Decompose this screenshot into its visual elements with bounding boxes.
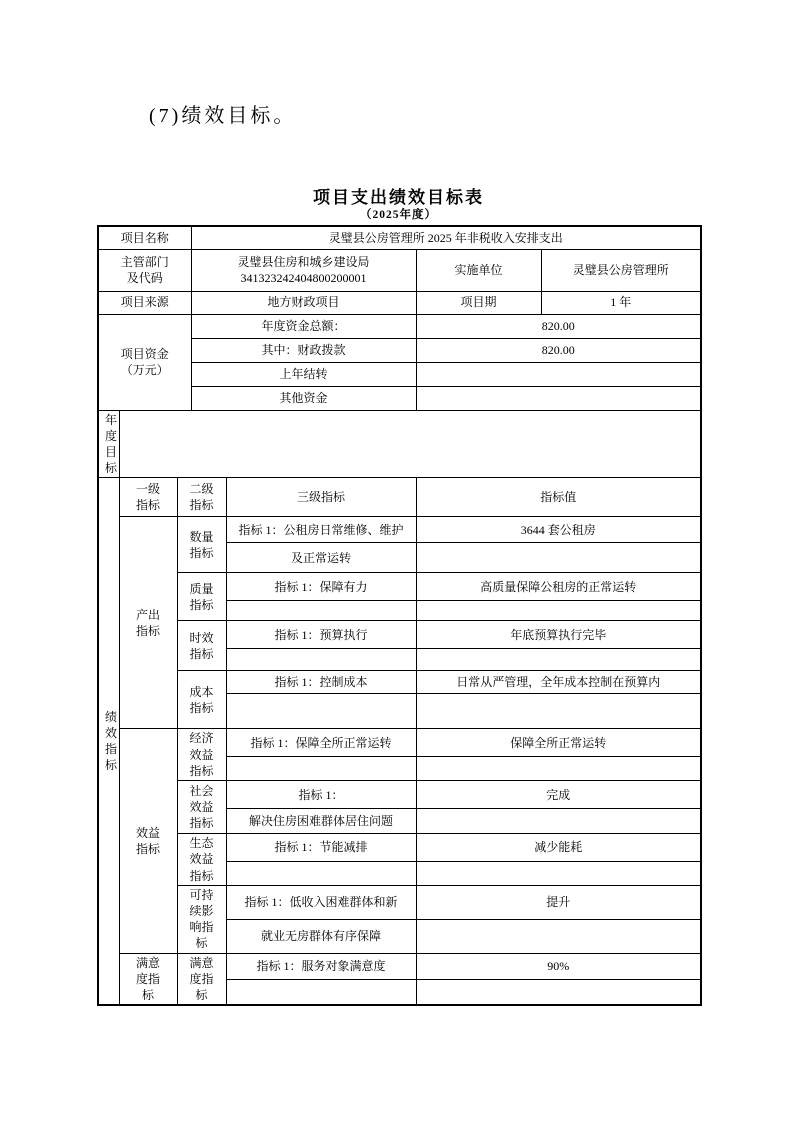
indicator-value-cell [416, 861, 701, 885]
l3-indicator-cell [226, 757, 416, 781]
header-level2: 二级 指标 [177, 478, 226, 517]
level1-benefit: 效益 指标 [119, 729, 177, 953]
l3-indicator-cell: 解决住房困难群体居住问题 [226, 809, 416, 834]
indicator-value-cell: 年底预算执行完毕 [416, 621, 701, 649]
l3-indicator-cell: 及正常运转 [226, 543, 416, 573]
l3-indicator-cell: 指标 1：保障有力 [226, 573, 416, 601]
level2-quality: 质量 指标 [177, 573, 226, 621]
document-page: (7)绩效目标。 项目支出绩效目标表 （2025年度） 项目名称 灵璧县公房管理… [0, 0, 793, 1122]
indicator-value-cell [416, 809, 701, 834]
project-name-value: 灵璧县公房管理所 2025 年非税收入安排支出 [191, 226, 701, 249]
dept-code-label: 主管部门 及代码 [98, 249, 191, 291]
level2-cost: 成本 指标 [177, 671, 226, 729]
funds-fiscal-label: 其中：财政拨款 [191, 338, 416, 362]
l3-indicator-cell: 指标 1：预算执行 [226, 621, 416, 649]
impl-unit-label: 实施单位 [416, 249, 541, 291]
indicator-value-cell [416, 920, 701, 953]
period-value: 1 年 [541, 291, 701, 314]
source-label: 项目来源 [98, 291, 191, 314]
period-label: 项目期 [416, 291, 541, 314]
level2-quantity: 数量 指标 [177, 517, 226, 573]
project-name-label: 项目名称 [98, 226, 191, 249]
funds-carryover-value [416, 362, 701, 386]
indicator-value-cell: 提升 [416, 885, 701, 919]
indicator-value-cell: 减少能耗 [416, 834, 701, 861]
l3-indicator-cell [226, 861, 416, 885]
level2-social: 社会 效益 指标 [177, 781, 226, 834]
funds-fiscal-value: 820.00 [416, 338, 701, 362]
l3-indicator-cell [226, 601, 416, 621]
performance-side-label: 绩 效 指 标 [98, 478, 119, 1005]
source-value: 地方财政项目 [191, 291, 416, 314]
table-title: 项目支出绩效目标表 [97, 183, 700, 208]
funds-total-label: 年度资金总额： [191, 314, 416, 338]
l3-indicator-cell: 指标 1：公租房日常维修、维护 [226, 517, 416, 543]
l3-indicator-cell: 指标 1：控制成本 [226, 671, 416, 694]
header-value: 指标值 [416, 478, 701, 517]
funds-total-value: 820.00 [416, 314, 701, 338]
indicator-value-cell [416, 649, 701, 671]
level2-ecological: 生态 效益 指标 [177, 834, 226, 886]
level2-satisfaction: 满意 度指 标 [177, 953, 226, 1005]
l3-indicator-cell [226, 649, 416, 671]
indicator-value-cell [416, 757, 701, 781]
level2-timeliness: 时效 指标 [177, 621, 226, 671]
level2-economic: 经济 效益 指标 [177, 729, 226, 781]
indicator-value-cell: 高质量保障公租房的正常运转 [416, 573, 701, 601]
l3-indicator-cell [226, 980, 416, 1005]
l3-indicator-cell: 指标 1： [226, 781, 416, 809]
funds-other-value [416, 386, 701, 410]
indicator-value-cell [416, 601, 701, 621]
indicator-value-cell: 保障全所正常运转 [416, 729, 701, 757]
indicator-value-cell: 日常从严管理，全年成本控制在预算内 [416, 671, 701, 694]
l3-indicator-cell [226, 694, 416, 729]
l3-indicator-cell: 指标 1：低收入困难群体和新 [226, 885, 416, 919]
impl-unit-value: 灵璧县公房管理所 [541, 249, 701, 291]
indicator-value-cell [416, 543, 701, 573]
l3-indicator-cell: 指标 1：保障全所正常运转 [226, 729, 416, 757]
l3-indicator-cell: 指标 1：服务对象满意度 [226, 953, 416, 980]
section-heading: (7)绩效目标。 [149, 99, 296, 128]
indicator-value-cell: 90% [416, 953, 701, 980]
level1-output: 产出 指标 [119, 517, 177, 729]
dept-code-value: 灵璧县住房和城乡建设局 341323242404800200001 [191, 249, 416, 291]
l3-indicator-cell: 指标 1：节能减排 [226, 834, 416, 861]
l3-indicator-cell: 就业无房群体有序保障 [226, 920, 416, 953]
indicator-value-cell: 3644 套公租房 [416, 517, 701, 543]
level1-satisfaction: 满意 度指 标 [119, 953, 177, 1005]
indicator-value-cell [416, 694, 701, 729]
indicator-value-cell: 完成 [416, 781, 701, 809]
header-level3: 三级指标 [226, 478, 416, 517]
performance-target-table: 项目名称 灵璧县公房管理所 2025 年非税收入安排支出 主管部门 及代码 灵璧… [97, 225, 702, 1006]
level2-sustainability: 可持 续影 响指 标 [177, 885, 226, 953]
funds-label: 项目资金 （万元） [98, 314, 191, 410]
indicator-value-cell [416, 980, 701, 1005]
table-subtitle: （2025年度） [97, 206, 700, 222]
funds-other-label: 其他资金 [191, 386, 416, 410]
annual-goal-label: 年 度 目 标 [98, 410, 119, 478]
header-level1: 一级 指标 [119, 478, 177, 517]
annual-goal-content [119, 410, 701, 478]
funds-carryover-label: 上年结转 [191, 362, 416, 386]
